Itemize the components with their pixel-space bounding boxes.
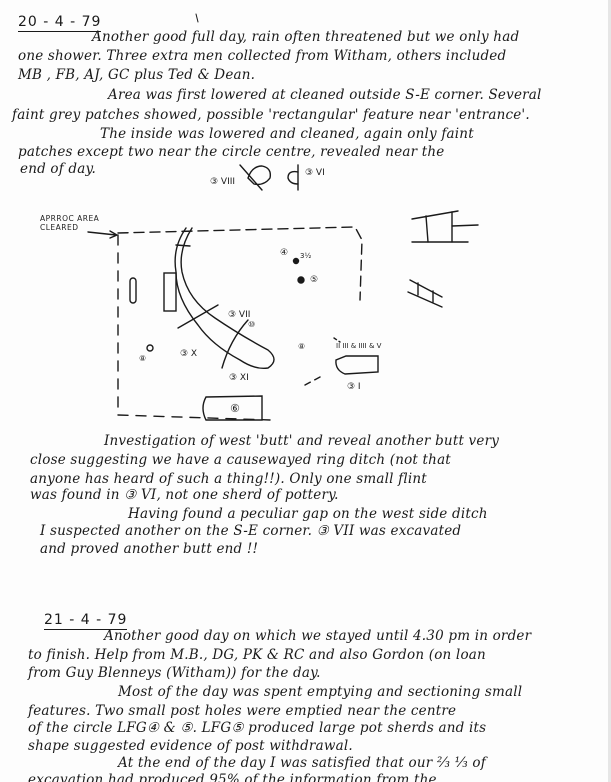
excavation-plan-drawing — [0, 0, 611, 782]
section-sketch-icon — [240, 165, 298, 190]
diary-page: 20 - 4 - 79 Another good full day, rain … — [0, 0, 611, 782]
